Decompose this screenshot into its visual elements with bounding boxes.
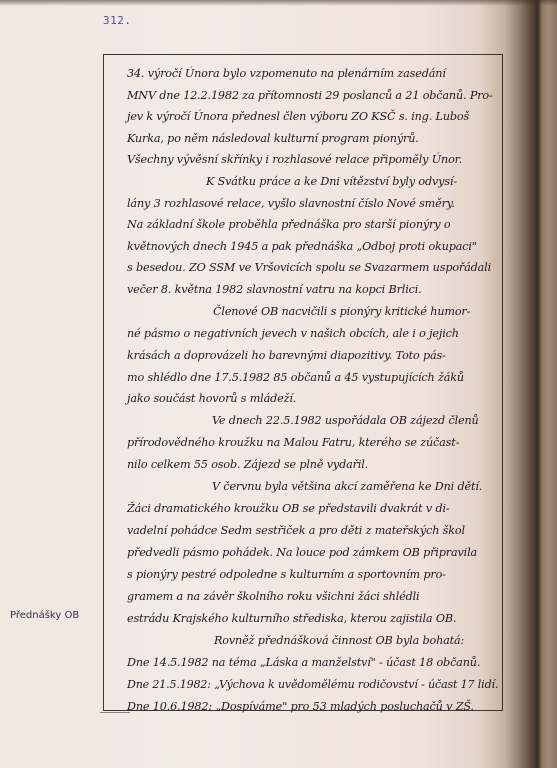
margin-note: Přednášky OB xyxy=(10,610,79,621)
text-line: předvedli pásmo pohádek. Na louce pod zá… xyxy=(127,546,477,559)
top-shadow xyxy=(0,0,557,6)
text-line: vadelní pohádce Sedm sestřiček a pro dět… xyxy=(127,524,465,537)
text-line: Kurka, po něm následoval kulturní progra… xyxy=(127,132,419,145)
text-line: Žáci dramatického kroužku OB se představ… xyxy=(127,502,450,515)
text-line: K Svátku práce a ke Dni vítězství byly o… xyxy=(206,175,457,188)
text-line: Členové OB nacvičili s pionýry kritické … xyxy=(213,305,470,318)
text-line: jako součást hovorů s mládeží. xyxy=(127,392,296,405)
text-line: Ve dnech 22.5.1982 uspořádala OB zájezd … xyxy=(212,414,479,427)
text-line: jev k výročí Února přednesl člen výboru … xyxy=(127,110,469,123)
text-line: gramem a na závěr školního roku všichni … xyxy=(127,590,419,603)
text-line: né pásmo o negativních jevech v našich o… xyxy=(127,327,459,340)
text-line: Všechny vývěsní skřínky i rozhlasové rel… xyxy=(127,153,462,166)
text-line: Dne 14.5.1982 na téma „Láska a manželstv… xyxy=(127,656,480,669)
page-number: 312. xyxy=(103,14,132,27)
document-page: 312. Přednášky OB 34. výročí Února bylo … xyxy=(0,0,557,768)
text-line: Dne 10.6.1982: „Dospíváme" pro 53 mladýc… xyxy=(127,700,474,713)
text-line: Na základní škole proběhla přednáška pro… xyxy=(127,218,450,231)
text-line: estrádu Krajského kulturního střediska, … xyxy=(127,612,456,625)
text-line: lány 3 rozhlasové relace, vyšlo slavnost… xyxy=(127,197,455,210)
text-line: Dne 21.5.1982: „Výchova k uvědomělému ro… xyxy=(127,678,498,691)
text-line: přírodovědného kroužku na Malou Fatru, k… xyxy=(127,436,459,449)
text-line: večer 8. května 1982 slavnostní vatru na… xyxy=(127,283,422,296)
text-line: krásách a doprovázeli ho barevnými diapo… xyxy=(127,349,446,362)
text-line: květnových dnech 1945 a pak přednáška „O… xyxy=(127,240,477,253)
text-line: mo shlédlo dne 17.5.1982 85 občanů a 45 … xyxy=(127,371,464,384)
text-line: 34. výročí Února bylo vzpomenuto na plen… xyxy=(127,67,446,80)
text-line: Rovněž přednášková činnost OB byla bohat… xyxy=(214,634,464,647)
text-line: V červnu byla většina akcí zaměřena ke D… xyxy=(212,480,482,493)
text-line: MNV dne 12.2.1982 za přítomnosti 29 posl… xyxy=(127,89,493,102)
text-line: nilo celkem 55 osob. Zájezd se plně vyda… xyxy=(127,458,368,471)
text-line: s pionýry pestré odpoledne s kulturním a… xyxy=(127,568,446,581)
frame-underline-mark xyxy=(100,712,130,713)
text-line: s besedou. ZO SSM ve Vršovicích spolu se… xyxy=(127,261,491,274)
